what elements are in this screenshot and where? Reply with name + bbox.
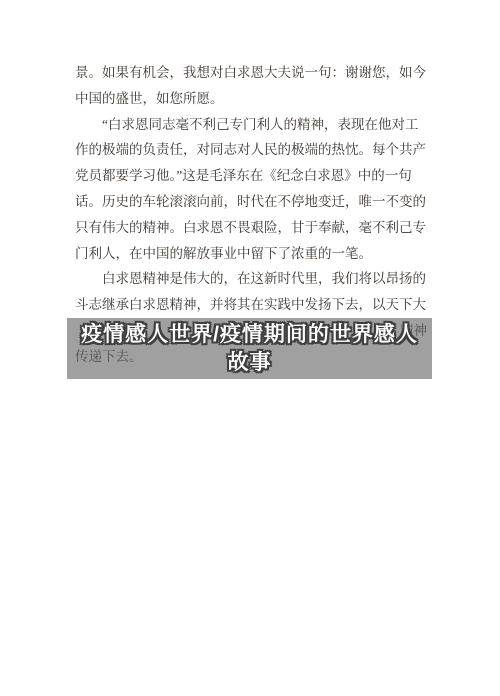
caption-title: 疫情感人世界/疫情期间的世界感人 故事 (67, 321, 432, 377)
body-line: “白求恩同志毫不利己专门利人的精神，表现在他对工 (75, 112, 427, 138)
caption-overlay: 疫情感人世界/疫情期间的世界感人 故事 (67, 318, 432, 379)
body-line: 斗志继承白求恩精神，并将其在实践中发扬下去，以天下大 (75, 292, 427, 318)
body-line: 景。如果有机会，我想对白求恩大夫说一句：谢谢您，如今 (75, 60, 427, 86)
body-line: 中国的盛世，如您所愿。 (75, 86, 427, 112)
body-line: 党员都要学习他。”这是毛泽东在《纪念白求恩》中的一句 (75, 163, 427, 189)
caption-title-line: 疫情感人世界/疫情期间的世界感人 (67, 321, 432, 349)
body-line: 作的极端的负责任，对同志对人民的极端的热忱。每个共产 (75, 137, 427, 163)
body-line: 门利人，在中国的解放事业中留下了浓重的一笔。 (75, 241, 427, 267)
body-line: 白求恩精神是伟大的，在这新时代里，我们将以昂扬的 (75, 266, 427, 292)
body-line: 只有伟大的精神。白求恩不畏艰险，甘于奉献，毫不利己专 (75, 215, 427, 241)
body-line: 话。历史的车轮滚滚向前，时代在不停地变迁，唯一不变的 (75, 189, 427, 215)
caption-title-line: 故事 (67, 349, 432, 377)
document-page: 景。如果有机会，我想对白求恩大夫说一句：谢谢您，如今 中国的盛世，如您所愿。 “… (0, 0, 500, 696)
